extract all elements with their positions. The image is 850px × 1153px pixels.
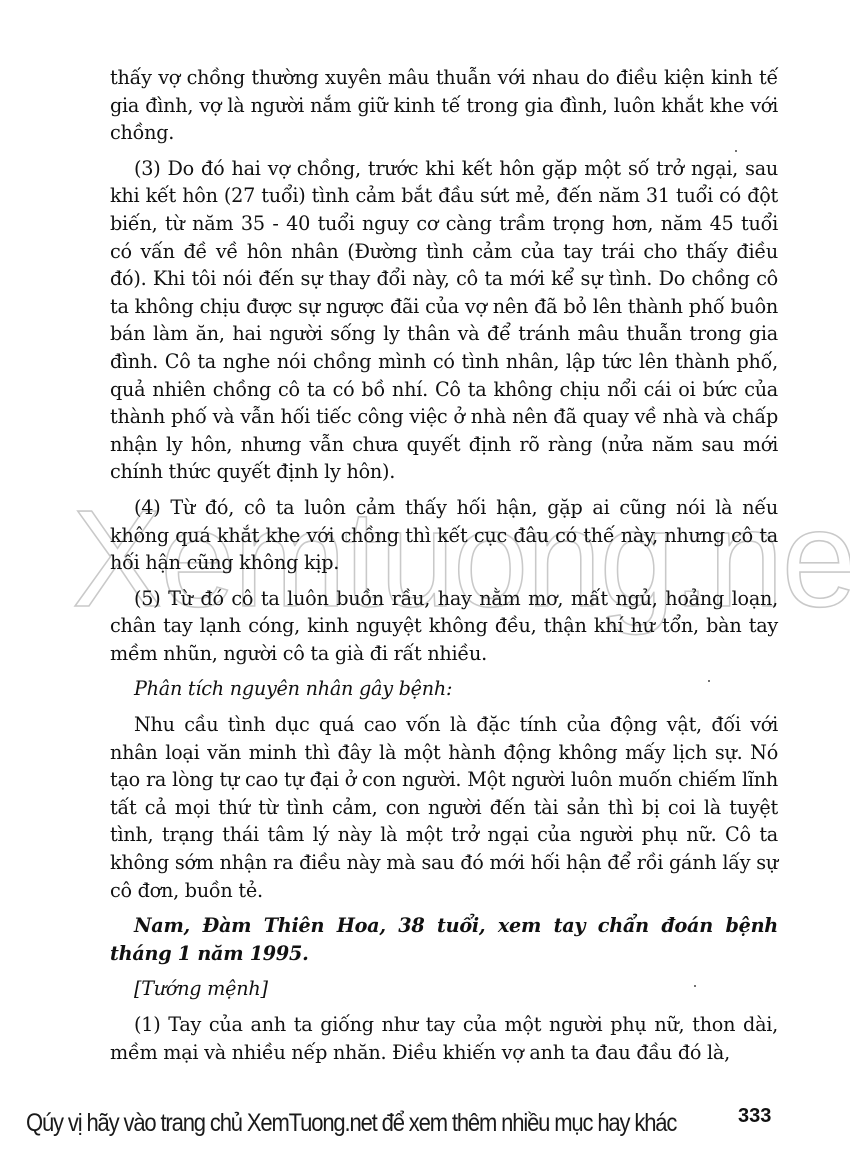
case-heading: Nam, Đàm Thiên Hoa, 38 tuổi, xem tay chẩ… [110, 912, 778, 967]
document-body: thấy vợ chồng thường xuyên mâu thuẫn với… [110, 64, 778, 1074]
page-number: 333 [738, 1104, 771, 1128]
section-heading-cause-analysis: Phân tích nguyên nhân gây bệnh: [110, 675, 778, 703]
paragraph-item-5: (5) Từ đó cô ta luôn buồn rầu, hay nằm m… [110, 585, 778, 668]
paragraph-item-1: (1) Tay của anh ta giống như tay của một… [110, 1011, 778, 1066]
scan-speck [735, 150, 737, 152]
paragraph-item-3: (3) Do đó hai vợ chồng, trước khi kết hô… [110, 155, 778, 486]
paragraph-cause-analysis: Nhu cầu tình dục quá cao vốn là đặc tính… [110, 711, 778, 904]
section-heading-physiognomy: [Tướng mệnh] [110, 975, 778, 1003]
paragraph-continuation: thấy vợ chồng thường xuyên mâu thuẫn với… [110, 64, 778, 147]
paragraph-item-4: (4) Từ đó, cô ta luôn cảm thấy hối hận, … [110, 494, 778, 577]
footer-link-text[interactable]: Qúy vị hãy vào trang chủ XemTuong.net để… [26, 1108, 676, 1138]
